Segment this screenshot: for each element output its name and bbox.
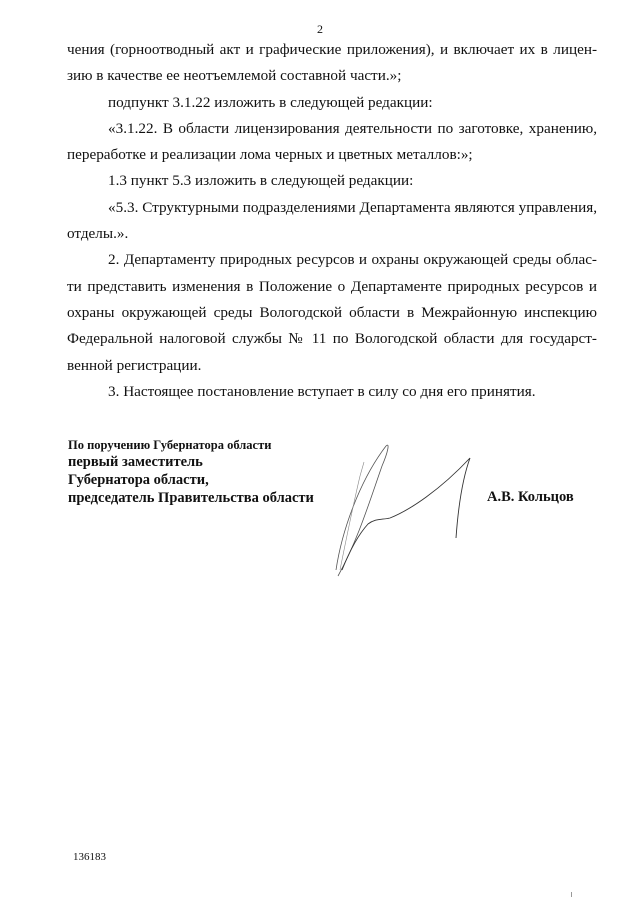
document-id: 136183	[73, 851, 106, 863]
signature-block: По поручению Губернатора области первый …	[68, 438, 314, 507]
paragraph-line: ти представить изменения в Положение о Д…	[67, 274, 597, 300]
paragraph-line: венной регистрации.	[67, 353, 597, 379]
signer-name: А.В. Кольцов	[487, 489, 574, 506]
document-body: чения (горноотводный акт и графические п…	[67, 37, 597, 405]
paragraph-line: зию в качестве ее неотъемлемой составной…	[67, 63, 597, 89]
scan-mark	[571, 892, 572, 897]
paragraph-line: 2. Департаменту природных ресурсов и охр…	[67, 247, 597, 273]
paragraph-line: подпункт 3.1.22 изложить в следующей ред…	[67, 90, 597, 116]
paragraph-line: чения (горноотводный акт и графические п…	[67, 37, 597, 63]
handwritten-signature-icon	[330, 440, 480, 580]
paragraph-line: «5.3. Структурными подразделениями Депар…	[67, 195, 597, 221]
page-number: 2	[0, 22, 640, 37]
paragraph-line: «3.1.22. В области лицензирования деятел…	[67, 116, 597, 142]
paragraph-line: охраны окружающей среды Вологодской обла…	[67, 300, 597, 326]
paragraph-line: отделы.».	[67, 221, 597, 247]
paragraph-line: 3. Настоящее постановление вступает в си…	[67, 379, 597, 405]
signature-title-line: председатель Правительства области	[68, 489, 314, 507]
signature-title-line: первый заместитель	[68, 453, 314, 471]
signature-title-line: Губернатора области,	[68, 471, 314, 489]
signature-authority-line: По поручению Губернатора области	[68, 438, 314, 453]
paragraph-line: 1.3 пункт 5.3 изложить в следующей редак…	[67, 168, 597, 194]
paragraph-line: переработке и реализации лома черных и ц…	[67, 142, 597, 168]
paragraph-line: Федеральной налоговой службы № 11 по Вол…	[67, 326, 597, 352]
